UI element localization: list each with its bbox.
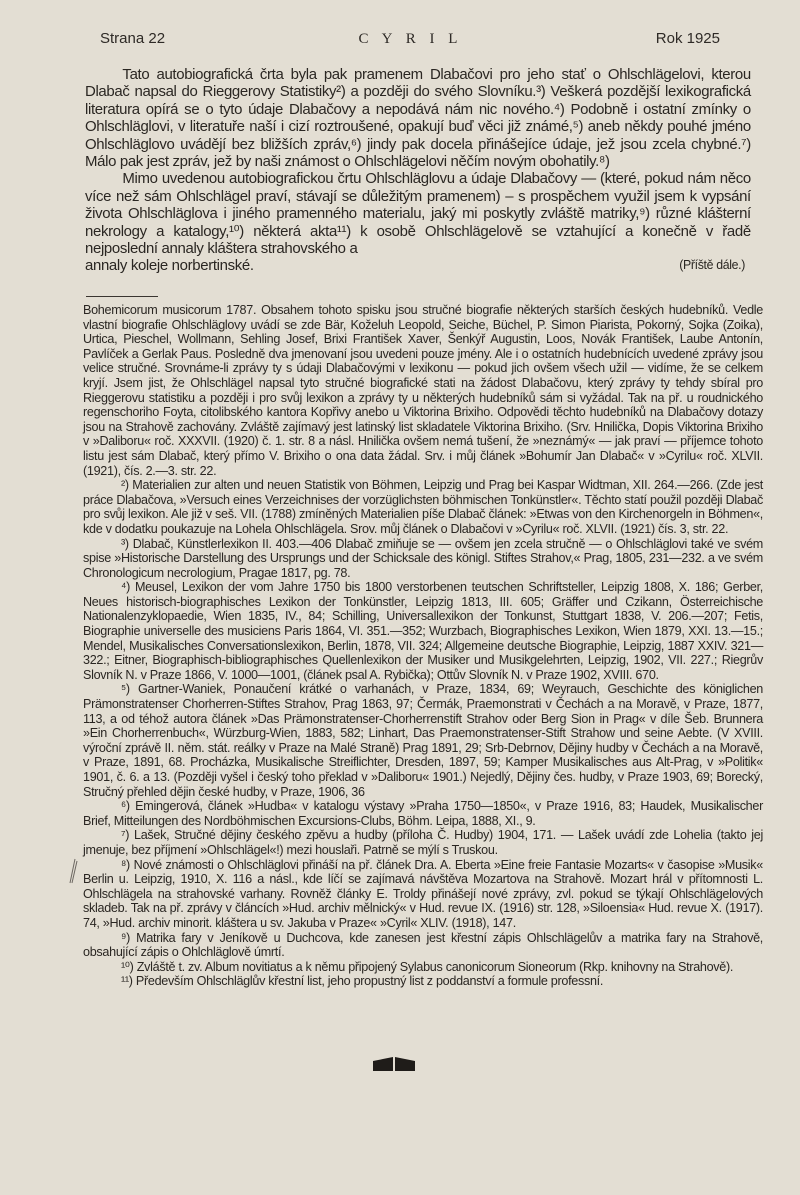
footnote-8: ⁸) Nové známosti o Ohlschläglovi přináší… (83, 858, 763, 931)
footnote-marker: ⁸) (121, 858, 130, 872)
footnote-10: ¹⁰) Zvláště t. zv. Album novitiatus a k … (83, 960, 763, 975)
footnote-9: ⁹) Matrika fary v Jeníkově u Duchcova, k… (83, 931, 763, 960)
footnote-marker: ³) (121, 537, 129, 551)
footnote-marker: ⁹) (121, 931, 130, 945)
footnote-text: Materialien zur alten und neuen Statisti… (83, 478, 763, 536)
footnotes: Bohemicorum musicorum 1787. Obsahem toho… (83, 303, 763, 989)
page-header: Strana 22 C Y R I L Rok 1925 (100, 30, 720, 54)
footnote-marker: ¹¹) (121, 974, 133, 988)
footnote-text: Gartner-Waniek, Ponaučení krátké o varha… (83, 682, 763, 798)
pencil-margin-mark-icon (68, 858, 78, 884)
body-last-line: annaly koleje norbertinské. (Příště dále… (85, 257, 751, 274)
footnote-5: ⁵) Gartner-Waniek, Ponaučení krátké o va… (83, 682, 763, 799)
footnote-text: Nové známosti o Ohlschläglovi přináší na… (83, 858, 763, 930)
body-paragraph: Tato autobiografická črta byla pak prame… (85, 66, 751, 170)
document-page: Strana 22 C Y R I L Rok 1925 Tato autobi… (0, 0, 800, 1195)
main-text: Tato autobiografická črta byla pak prame… (85, 66, 751, 275)
footnote-text: Bohemicorum musicorum 1787. Obsahem toho… (83, 303, 763, 478)
page-number: Strana 22 (100, 30, 165, 47)
footnote-text: Především Ohlschläglův křestní list, jeh… (136, 974, 603, 988)
footnote-marker: ²) (121, 478, 129, 492)
body-paragraph: Mimo uvedenou autobiografickou črtu Ohls… (85, 170, 751, 257)
footnote-marker: ⁴) (121, 580, 130, 594)
footnote-text: Zvláště t. zv. Album novitiatus a k němu… (137, 960, 733, 974)
footnote-6: ⁶) Emingerová, článek »Hudba« v katalogu… (83, 799, 763, 828)
footnote-text: Meusel, Lexikon der vom Jahre 1750 bis 1… (83, 580, 763, 682)
footnote-marker: ⁶) (121, 799, 130, 813)
footnote-text: Lašek, Stručné dějiny českého zpěvu a hu… (83, 828, 763, 857)
footnote-marker: ⁵) (121, 682, 130, 696)
footnote-11: ¹¹) Především Ohlschläglův křestní list,… (83, 974, 763, 989)
body-closing-text: annaly koleje norbertinské. (85, 257, 254, 274)
footnote-text: Dlabač, Künstlerlexikon II. 403.—406 Dla… (83, 537, 763, 580)
year-label: Rok 1925 (656, 30, 720, 47)
footnote-marker: ¹⁰) (121, 960, 134, 974)
footnote-7: ⁷) Lašek, Stručné dějiny českého zpěvu a… (83, 828, 763, 857)
footnote-text: Emingerová, článek »Hudba« v katalogu vý… (83, 799, 763, 828)
journal-title: C Y R I L (358, 31, 462, 48)
footnote-1-continuation: Bohemicorum musicorum 1787. Obsahem toho… (83, 303, 763, 478)
printer-ornament-icon (373, 1057, 415, 1071)
footnote-separator (86, 296, 158, 297)
footnote-4: ⁴) Meusel, Lexikon der vom Jahre 1750 bi… (83, 580, 763, 682)
footnote-marker: ⁷) (121, 828, 129, 842)
footnote-2: ²) Materialien zur alten und neuen Stati… (83, 478, 763, 536)
continued-label: (Příště dále.) (679, 257, 751, 274)
footnote-text: Matrika fary v Jeníkově u Duchcova, kde … (83, 931, 763, 960)
footnote-3: ³) Dlabač, Künstlerlexikon II. 403.—406 … (83, 537, 763, 581)
